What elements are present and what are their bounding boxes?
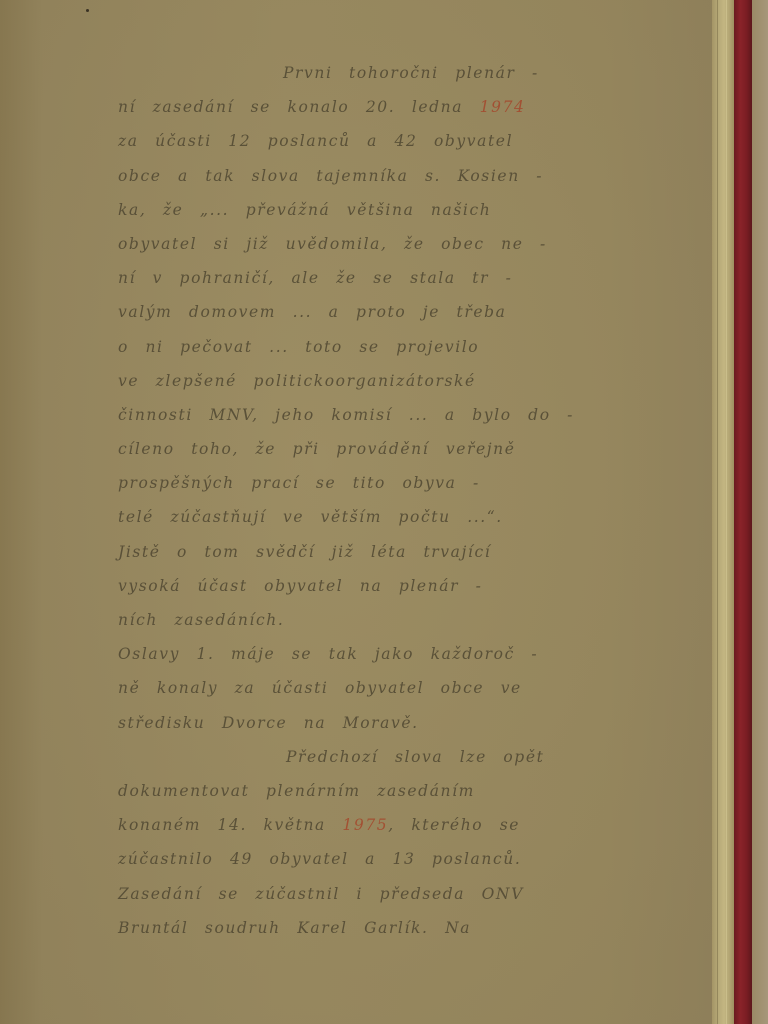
chronicle-page: Prvni tohoročni plenár - ní zasedání se …	[0, 0, 712, 1024]
text-line: valým domovem ... a proto je třeba	[118, 295, 578, 329]
text-line: o ni pečovat ... toto se projevilo	[118, 330, 578, 364]
text-line: ní v pohraničí, ale že se stala tr -	[118, 261, 578, 295]
text-line: středisku Dvorce na Moravě.	[118, 706, 578, 740]
text-line: ve zlepšené politickoorganizátorské	[118, 364, 578, 398]
book-cover-red	[734, 0, 752, 1024]
text-line: vysoká účast obyvatel na plenár -	[118, 569, 578, 603]
text-line: ka, že „... převážná většina našich	[118, 193, 578, 227]
text-line: Bruntál soudruh Karel Garlík. Na	[118, 911, 578, 945]
text-line: telé zúčastňují ve větším počtu ...“.	[118, 500, 578, 534]
text-line: Prvni tohoročni plenár -	[118, 56, 578, 90]
text-line: cíleno toho, že při provádění veřejně	[118, 432, 578, 466]
text-line: ně konaly za účasti obyvatel obce ve	[118, 671, 578, 705]
text-line: dokumentovat plenárním zasedáním	[118, 774, 578, 808]
text-segment: ní zasedání se konalo 20. ledna	[118, 98, 480, 116]
page-stack-edge	[712, 0, 734, 1024]
text-line: Zasedání se zúčastnil i předseda ONV	[118, 877, 578, 911]
text-segment: konaném 14. května	[118, 816, 342, 834]
text-line: prospěšných prací se tito obyva -	[118, 466, 578, 500]
text-segment: , kterého se	[388, 816, 520, 834]
text-line: ních zasedáních.	[118, 603, 578, 637]
text-line: zúčastnilo 49 obyvatel a 13 poslanců.	[118, 842, 578, 876]
text-line: ní zasedání se konalo 20. ledna 1974	[118, 90, 578, 124]
handwritten-text: Prvni tohoročni plenár - ní zasedání se …	[118, 56, 578, 945]
background-surface	[752, 0, 768, 1024]
text-line: činnosti MNV, jeho komisí ... a bylo do …	[118, 398, 578, 432]
year-highlight: 1974	[480, 98, 526, 116]
text-line: Jistě o tom svědčí již léta trvající	[118, 535, 578, 569]
text-line: Oslavy 1. máje se tak jako každoroč -	[118, 637, 578, 671]
paper-speck	[86, 9, 89, 12]
text-line: konaném 14. května 1975, kterého se	[118, 808, 578, 842]
book-photo: Prvni tohoročni plenár - ní zasedání se …	[0, 0, 768, 1024]
text-line: obce a tak slova tajemníka s. Kosien -	[118, 159, 578, 193]
text-line: Předchozí slova lze opět	[118, 740, 578, 774]
year-highlight: 1975	[342, 816, 388, 834]
text-line: obyvatel si již uvědomila, že obec ne -	[118, 227, 578, 261]
text-line: za účasti 12 poslanců a 42 obyvatel	[118, 124, 578, 158]
